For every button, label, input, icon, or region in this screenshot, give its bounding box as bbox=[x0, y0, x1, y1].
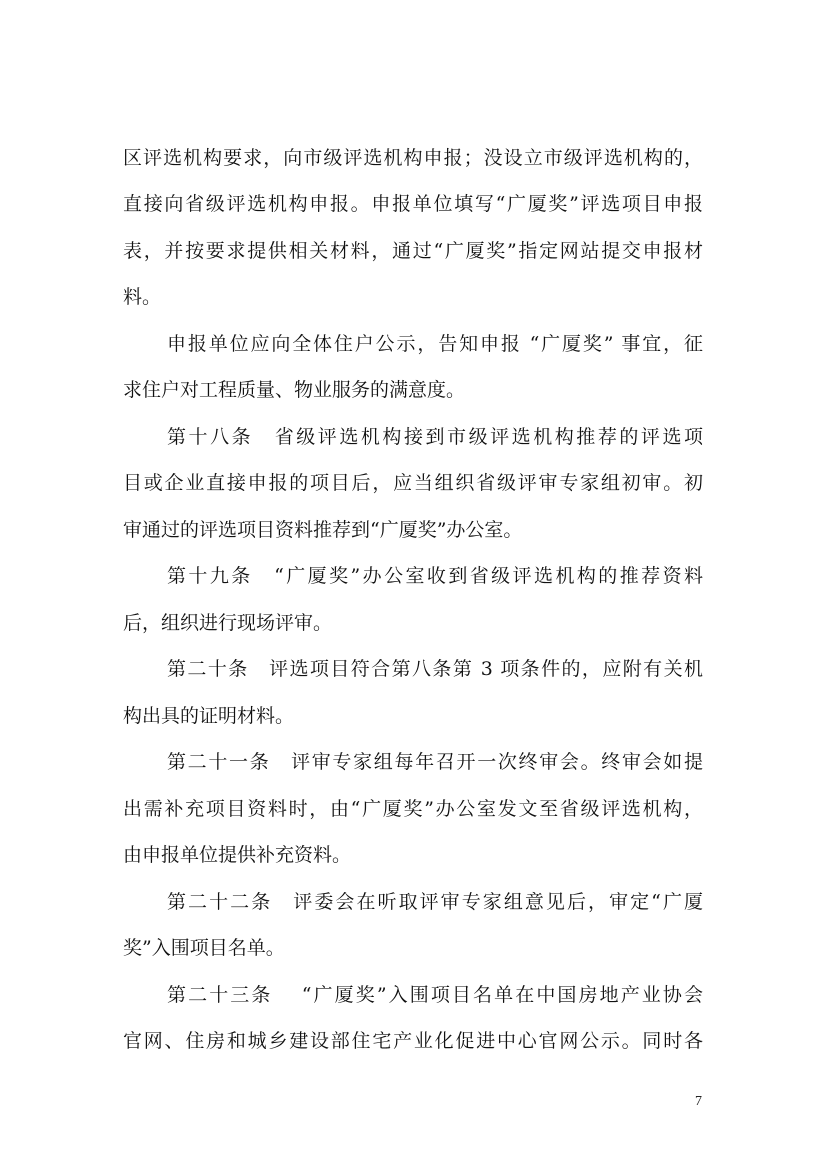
text-line: 奖”入围项目名单。 bbox=[123, 935, 703, 961]
article-18-heading-line: 第十八条 省级评选机构接到市级评选机构推荐的评选项 bbox=[167, 424, 703, 450]
article-22-heading-line: 第二十二条 评委会在听取评审专家组意见后，审定“广厦 bbox=[167, 889, 703, 915]
text-line: 出需补充项目资料时，由“广厦奖”办公室发文至省级评选机构， bbox=[123, 796, 703, 822]
text-line: 目或企业直接申报的项目后，应当组织省级评审专家组初审。初 bbox=[123, 470, 703, 496]
text-line: 直接向省级评选机构申报。申报单位填写“广厦奖”评选项目申报 bbox=[123, 191, 703, 217]
text-line: 区评选机构要求，向市级评选机构申报；没设立市级评选机构的， bbox=[123, 145, 703, 171]
paragraph-start-line: 申报单位应向全体住户公示，告知申报 “广厦奖” 事宜，征 bbox=[167, 331, 703, 357]
text-line: 表，并按要求提供相关材料，通过“广厦奖”指定网站提交申报材 bbox=[123, 238, 703, 264]
text-line: 由申报单位提供补充资料。 bbox=[123, 842, 703, 868]
text-line: 审通过的评选项目资料推荐到“广厦奖”办公室。 bbox=[123, 517, 703, 543]
page-number: 7 bbox=[695, 1094, 702, 1110]
document-page: 区评选机构要求，向市级评选机构申报；没设立市级评选机构的， 直接向省级评选机构申… bbox=[0, 0, 827, 1170]
article-21-heading-line: 第二十一条 评审专家组每年召开一次终审会。终审会如提 bbox=[167, 749, 703, 775]
text-line: 官网、住房和城乡建设部住宅产业化促进中心官网公示。同时各 bbox=[123, 1028, 703, 1054]
article-23-heading-line: 第二十三条 “广厦奖”入围项目名单在中国房地产业协会 bbox=[167, 982, 703, 1008]
article-19-heading-line: 第十九条 “广厦奖”办公室收到省级评选机构的推荐资料 bbox=[167, 563, 703, 589]
text-line: 料。 bbox=[123, 284, 703, 310]
article-20-heading-line: 第二十条 评选项目符合第八条第 3 项条件的，应附有关机 bbox=[167, 656, 703, 682]
text-line: 构出具的证明材料。 bbox=[123, 703, 703, 729]
text-line: 求住户对工程质量、物业服务的满意度。 bbox=[123, 377, 703, 403]
text-line: 后，组织进行现场评审。 bbox=[123, 610, 703, 636]
